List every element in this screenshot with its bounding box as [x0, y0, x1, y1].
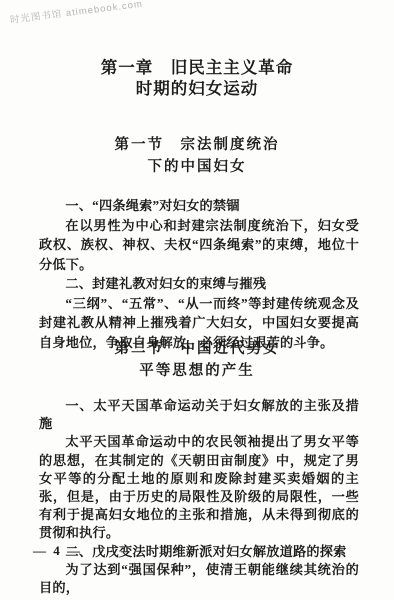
watermark: 时光图书馆 atimebook.com [9, 0, 143, 26]
section2-heading-line2: 平等思想的产生 [0, 360, 394, 382]
section2-paragraph-1: 太平天国革命运动中的农民领袖提出了男女平等的思想，在其制定的《天朝田亩制度》中，… [39, 433, 359, 542]
chapter-title-line1: 第一章 旧民主主义革命 [0, 58, 394, 79]
section2-subheading-2: 二、戊戌变法时期维新派对妇女解放道路的探索 [39, 543, 359, 561]
section1-subheading-2: 二、封建礼教对妇女的束缚与摧残 [39, 274, 359, 294]
chapter-title: 第一章 旧民主主义革命 时期的妇女运动 [0, 58, 394, 100]
section1-heading: 第一节 宗法制度统治 下的中国妇女 [0, 134, 394, 178]
section1-heading-line1: 第一节 宗法制度统治 [0, 134, 394, 156]
section1-body: 一、“四条绳索”对妇女的禁锢 在以男性为中心和封建宗法制度统治下，妇女受政权、族… [39, 196, 359, 352]
section2-body: 一、太平天国革命运动关于妇女解放的主张及措施 太平天国革命运动中的农民领袖提出了… [39, 397, 359, 597]
section1-paragraph-1: 在以男性为中心和封建宗法制度统治下，妇女受政权、族权、神权、夫权“四条绳索”的束… [39, 216, 359, 275]
section1-heading-line2: 下的中国妇女 [0, 156, 394, 178]
chapter-title-line2: 时期的妇女运动 [0, 79, 394, 100]
page-number: — 4 — [33, 543, 82, 559]
book-page: 时光图书馆 atimebook.com 第一章 旧民主主义革命 时期的妇女运动 … [0, 0, 394, 600]
section1-subheading-1: 一、“四条绳索”对妇女的禁锢 [39, 196, 359, 216]
section2-heading-line1: 第二节 中国近代男女 [0, 338, 394, 360]
section2-paragraph-2: 为了达到“强国保种”，使清王朝能继续其统治的目的， [39, 561, 359, 597]
section2-subheading-1: 一、太平天国革命运动关于妇女解放的主张及措施 [39, 397, 359, 433]
section2-heading: 第二节 中国近代男女 平等思想的产生 [0, 338, 394, 382]
